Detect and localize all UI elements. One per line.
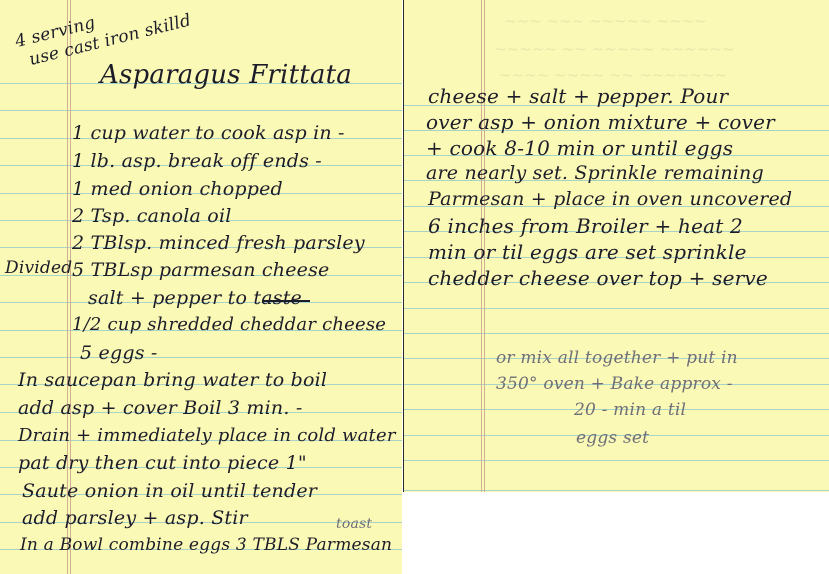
direction-line: 6 inches from Broiler + heat 2 <box>428 214 743 238</box>
alternate-method-line: 350° oven + Bake approx - <box>496 374 733 394</box>
direction-line: Drain + immediately place in cold water <box>18 425 396 446</box>
direction-line: + cook 8-10 min or until eggs <box>426 136 733 160</box>
left-legal-pad-page: 4 serving use cast iron skilld Asparagus… <box>0 0 402 574</box>
alternate-method-line: or mix all together + put in <box>496 348 738 368</box>
ingredient-salt-pepper: salt + pepper to taste <box>88 287 302 309</box>
direction-line: Parmesan + place in oven uncovered <box>428 188 792 210</box>
bleed-through-text: ~~~~ ~~~~ ~~ ~~~~~~~ <box>499 66 727 84</box>
direction-line: add asp + cover Boil 3 min. - <box>18 397 302 419</box>
direction-line: pat dry then cut into piece 1" <box>18 452 307 474</box>
ingredient-oil: 2 Tsp. canola oil <box>72 205 232 227</box>
rule-line <box>404 333 829 334</box>
divided-note: Divided <box>5 258 72 278</box>
direction-line: chedder cheese over top + serve <box>428 266 768 290</box>
direction-line: min or til eggs are set sprinkle <box>428 240 747 264</box>
rule-line <box>404 490 829 491</box>
direction-line: In saucepan bring water to boil <box>18 369 327 391</box>
ingredient-asparagus: 1 lb. asp. break off ends - <box>72 150 322 172</box>
alternate-method-line: 20 - min a til <box>574 400 686 420</box>
ingredient-parsley: 2 TBlsp. minced fresh parsley <box>72 232 365 254</box>
direction-line: add parsley + asp. Stir <box>22 507 248 529</box>
direction-line: are nearly set. Sprinkle remaining <box>426 162 764 184</box>
pencil-insert-note: toast <box>336 516 372 532</box>
ingredient-cheddar: 1/2 cup shredded cheddar cheese <box>72 314 386 335</box>
bleed-through-text: ~~~~~ ~~ ~~~~~ ~~~~~~ <box>494 40 735 58</box>
recipe-title: Asparagus Frittata <box>100 60 352 90</box>
ingredient-parmesan: 5 TBLsp parmesan cheese <box>72 259 329 281</box>
bleed-through-text: ~~~ ~~~ ~~~~~ ~~~~ <box>504 12 707 30</box>
direction-line: cheese + salt + pepper. Pour <box>428 84 728 108</box>
alternate-method-line: eggs set <box>576 428 649 448</box>
rule-line <box>0 357 402 358</box>
ingredient-water: 1 cup water to cook asp in - <box>72 122 345 144</box>
direction-line: Saute onion in oil until tender <box>22 480 317 502</box>
strikethrough-mark <box>262 300 310 302</box>
right-legal-pad-page: ~~~ ~~~ ~~~~~ ~~~~ ~~~~~ ~~ ~~~~~ ~~~~~~… <box>403 0 829 492</box>
ingredient-onion: 1 med onion chopped <box>72 178 283 200</box>
rule-line <box>404 308 829 309</box>
ingredient-eggs: 5 eggs - <box>80 342 158 364</box>
direction-line: over asp + onion mixture + cover <box>426 110 775 134</box>
rule-line <box>404 460 829 461</box>
rule-line <box>0 110 402 111</box>
direction-line: In a Bowl combine eggs 3 TBLS Parmesan <box>20 535 392 555</box>
